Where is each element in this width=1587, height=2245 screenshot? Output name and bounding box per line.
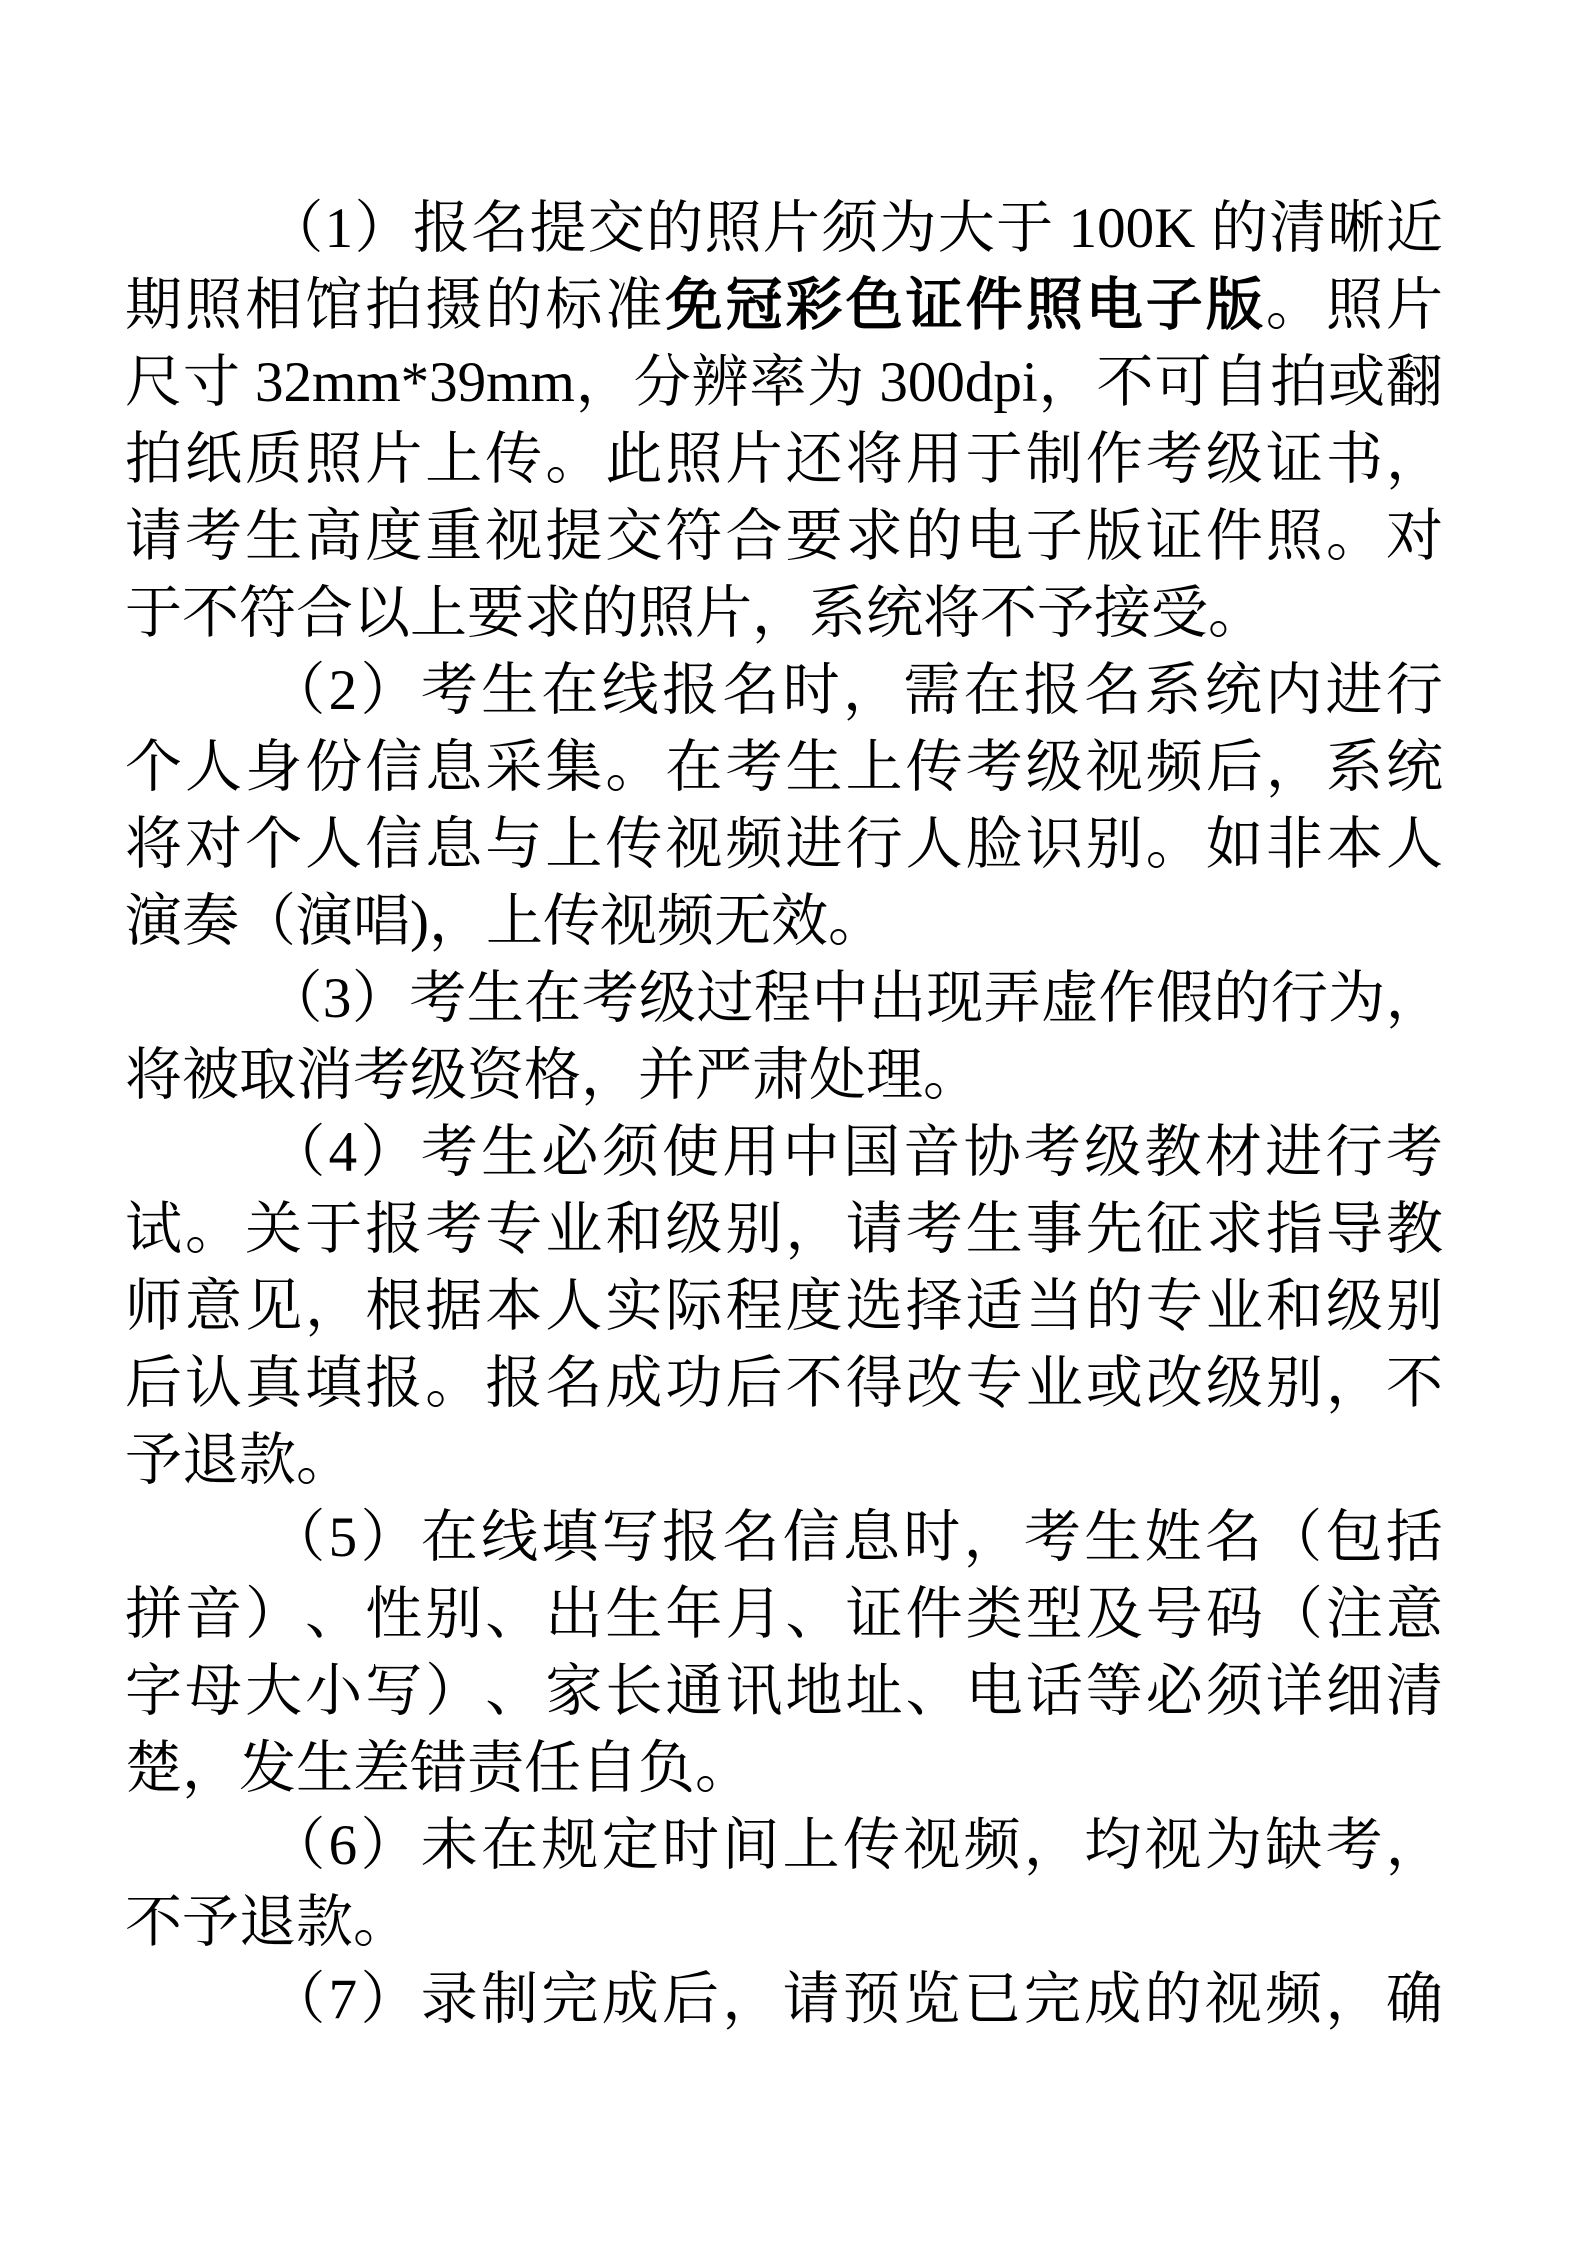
text-token: 片 — [365, 421, 422, 498]
text-token: 对 — [185, 806, 242, 883]
text-token: 书 — [1326, 421, 1383, 498]
text-token: （ — [265, 960, 322, 1037]
text-token: 业 — [1026, 1345, 1083, 1422]
text-line: （4）考生必须使用中国音协考级教材进行考 — [125, 1114, 1443, 1191]
text-token: 片 — [1386, 267, 1443, 344]
text-token: 得 — [846, 1345, 903, 1422]
bold-text-token: 照 — [1026, 267, 1083, 344]
text-token: （ — [268, 1807, 325, 1884]
text-token: 清 — [1269, 190, 1326, 267]
text-segment: 不予退款。 — [125, 1891, 410, 1954]
text-line: 于不符合以上要求的照片，系统将不予接受。 — [125, 575, 1443, 652]
text-token: 人 — [305, 806, 362, 883]
bold-text-token: 彩 — [786, 267, 843, 344]
text-token: 准 — [605, 267, 662, 344]
text-line: （1）报名提交的照片须为大于 100K 的清晰近 — [125, 190, 1443, 267]
paragraph-indent — [125, 1016, 265, 1017]
text-token: 本 — [485, 1268, 542, 1345]
text-token: 别 — [1386, 1268, 1443, 1345]
text-token: 不 — [1096, 344, 1153, 421]
text-token: 符 — [665, 498, 722, 575]
text-token: 改 — [1146, 1345, 1203, 1422]
text-token: 2 — [329, 652, 358, 729]
text-token: 功 — [665, 1345, 722, 1422]
text-token: 息 — [843, 1499, 900, 1576]
text-segment: 楚，发生差错责任自负。 — [125, 1737, 752, 1800]
text-token: 证 — [1266, 421, 1323, 498]
text-token: 、 — [485, 1576, 542, 1653]
text-token: 清 — [1386, 1653, 1443, 1730]
text-token: 集 — [545, 729, 602, 806]
text-token: 择 — [906, 1268, 963, 1345]
text-token: 适 — [966, 1268, 1023, 1345]
text-token: 别 — [725, 1191, 782, 1268]
text-token: 报 — [365, 1191, 422, 1268]
text-token: 与 — [485, 806, 542, 883]
text-token: 姓 — [1145, 1499, 1202, 1576]
text-token: 系 — [1326, 729, 1383, 806]
text-token: 照 — [665, 421, 722, 498]
text-line: 拼音）、性别、出生年月、证件类型及号码（注意 — [125, 1576, 1443, 1653]
text-token: ， — [576, 344, 633, 421]
text-token: 标 — [545, 267, 602, 344]
text-token: 为 — [1328, 960, 1385, 1037]
text-token: 信 — [365, 729, 422, 806]
text-token: 频 — [964, 1807, 1021, 1884]
text-token: 、 — [786, 1576, 843, 1653]
text-token: 时 — [903, 1499, 960, 1576]
text-token: ， — [786, 1191, 843, 1268]
text-token: ） — [425, 1653, 482, 1730]
text-token: 详 — [1266, 1653, 1323, 1730]
text-token: 考 — [409, 960, 466, 1037]
text-token: 6 — [329, 1807, 358, 1884]
text-token: 成 — [602, 1961, 659, 2038]
text-token: 请 — [846, 1191, 903, 1268]
text-token: 指 — [1266, 1191, 1323, 1268]
text-token: 交 — [588, 190, 645, 267]
text-token: 见 — [245, 1268, 302, 1345]
text-token: 考 — [1024, 1114, 1081, 1191]
text-token: 和 — [1266, 1268, 1323, 1345]
text-token: 的 — [1145, 1961, 1202, 2038]
text-token: 对 — [1386, 498, 1443, 575]
text-token: 考 — [906, 1191, 963, 1268]
text-token: ， — [1325, 1961, 1382, 2038]
text-token: 业 — [1206, 1268, 1263, 1345]
text-token: （ — [1266, 1576, 1323, 1653]
text-token: 时 — [783, 652, 840, 729]
text-token: 考 — [421, 652, 478, 729]
text-token: 中 — [783, 1114, 840, 1191]
text-token: 进 — [1265, 1114, 1322, 1191]
text-token: 系 — [1145, 652, 1202, 729]
text-token: 电 — [966, 498, 1023, 575]
text-token: 人 — [1386, 806, 1443, 883]
text-token: 版 — [1086, 498, 1143, 575]
text-token: 。 — [545, 421, 602, 498]
text-token: 相 — [245, 267, 302, 344]
text-token: 息 — [425, 729, 482, 806]
text-token: 通 — [665, 1653, 722, 1730]
text-token: 拍 — [365, 267, 422, 344]
text-line: 拍纸质照片上传。此照片还将用于制作考级证书， — [125, 421, 1443, 498]
text-token: 。 — [1146, 806, 1203, 883]
text-token: 近 — [1386, 190, 1443, 267]
text-token: 意 — [185, 1268, 242, 1345]
text-token: 当 — [1026, 1268, 1083, 1345]
text-token: 报 — [662, 1499, 719, 1576]
text-token: 考 — [1325, 1807, 1382, 1884]
text-token: 或 — [1328, 344, 1385, 421]
text-token: 传 — [485, 421, 542, 498]
text-token: 生 — [966, 1191, 1023, 1268]
text-token: 信 — [783, 1499, 840, 1576]
text-token: 片 — [725, 421, 782, 498]
text-token: 完 — [541, 1961, 598, 2038]
text-token: 业 — [545, 1191, 602, 1268]
paragraph-indent — [125, 708, 265, 709]
text-token: 程 — [754, 960, 811, 1037]
text-token: 统 — [1205, 652, 1262, 729]
text-token: 视 — [903, 1807, 960, 1884]
text-token: 的 — [1086, 1268, 1143, 1345]
text-token: ） — [354, 190, 411, 267]
text-token: ， — [964, 1499, 1021, 1576]
text-token: 作 — [1099, 960, 1156, 1037]
text-token: 大 — [938, 190, 995, 267]
text-token: 脸 — [966, 806, 1023, 883]
text-token: 写 — [602, 1499, 659, 1576]
text-token: 翻 — [1386, 344, 1443, 421]
text-token: 用 — [722, 1114, 779, 1191]
text-token: 辨 — [691, 344, 748, 421]
text-token: 生 — [605, 1576, 662, 1653]
text-token: 字 — [125, 1653, 182, 1730]
text-token: 拍 — [125, 421, 182, 498]
text-token: 于 — [996, 190, 1053, 267]
text-token: （ — [268, 1961, 325, 2038]
text-token: 型 — [1026, 1576, 1083, 1653]
text-token: （ — [268, 652, 325, 729]
text-token: 包 — [1325, 1499, 1382, 1576]
text-token: 级 — [1084, 1114, 1141, 1191]
text-token: 别 — [1086, 806, 1143, 883]
text-token: 个 — [245, 806, 302, 883]
text-token: 弄 — [984, 960, 1041, 1037]
text-token: 行 — [1271, 960, 1328, 1037]
text-token: 重 — [425, 498, 482, 575]
text-line: 试。关于报考专业和级别，请考生事先征求指导教 — [125, 1191, 1443, 1268]
text-token: 分 — [634, 344, 691, 421]
text-token: 注 — [1326, 1576, 1383, 1653]
text-token: 名 — [722, 1499, 779, 1576]
text-token: 写 — [365, 1653, 422, 1730]
text-token: 讯 — [725, 1653, 782, 1730]
text-token: 提 — [545, 498, 602, 575]
text-token: 址 — [846, 1653, 903, 1730]
text-line: 不予退款。 — [125, 1884, 1443, 1961]
text-token: 级 — [639, 960, 696, 1037]
text-token: 、 — [485, 1653, 542, 1730]
text-token: 国 — [843, 1114, 900, 1191]
text-token: 寸 — [183, 344, 240, 421]
text-line: （3）考生在考级过程中出现弄虚作假的行为， — [125, 960, 1443, 1037]
text-token: 的 — [1213, 960, 1270, 1037]
document-body: （1）报名提交的照片须为大于 100K 的清晰近期照相馆拍摄的标准免冠彩色证件照… — [125, 190, 1443, 2038]
text-line: （6）未在规定时间上传视频，均视为缺考， — [125, 1807, 1443, 1884]
text-token: 频 — [1265, 1961, 1322, 2038]
text-token: 中 — [811, 960, 868, 1037]
text-token: ， — [1024, 1807, 1081, 1884]
text-token: 考 — [1146, 421, 1203, 498]
text-token: 300dpi — [865, 344, 1038, 421]
paragraph-indent — [125, 2017, 265, 2018]
text-token: 假 — [1156, 960, 1213, 1037]
bold-text-token: 证 — [906, 267, 963, 344]
text-token: 视 — [665, 806, 722, 883]
text-token: 生 — [481, 652, 538, 729]
text-token: 考 — [1024, 1499, 1081, 1576]
text-token: ， — [1386, 421, 1443, 498]
text-token: 视 — [1145, 1807, 1202, 1884]
text-token: 视 — [1086, 729, 1143, 806]
text-token: 于 — [305, 1191, 362, 1268]
text-token: 关 — [245, 1191, 302, 1268]
text-token: 片 — [763, 190, 820, 267]
text-token: ） — [360, 652, 417, 729]
text-token: 内 — [1265, 652, 1322, 729]
text-token: 3 — [323, 960, 352, 1037]
text-token: 级 — [1206, 421, 1263, 498]
text-token: 识 — [1026, 806, 1083, 883]
text-token: 考 — [421, 1114, 478, 1191]
text-token: 征 — [1146, 1191, 1203, 1268]
text-token: 纸 — [185, 421, 242, 498]
bold-text-token: 免 — [665, 267, 722, 344]
text-token: 份 — [305, 729, 362, 806]
text-token: 月 — [725, 1576, 782, 1653]
text-token: 时 — [662, 1807, 719, 1884]
text-token: 摄 — [425, 267, 482, 344]
text-token: ， — [1326, 1345, 1383, 1422]
text-token: 。 — [605, 729, 662, 806]
text-token: 必 — [541, 1114, 598, 1191]
text-token: 级 — [1326, 1268, 1383, 1345]
text-token: 度 — [786, 1268, 843, 1345]
text-token: 必 — [1146, 1653, 1203, 1730]
document-page: （1）报名提交的照片须为大于 100K 的清晰近期照相馆拍摄的标准免冠彩色证件照… — [0, 0, 1587, 2245]
text-token: ） — [352, 960, 409, 1037]
text-token: 不 — [786, 1345, 843, 1422]
text-line: 演奏（演唱)，上传视频无效。 — [125, 883, 1443, 960]
text-token: 根 — [365, 1268, 422, 1345]
text-token: 求 — [846, 498, 903, 575]
text-token: 确 — [1386, 1961, 1443, 2038]
text-token: 大 — [245, 1653, 302, 1730]
text-token: 生 — [786, 729, 843, 806]
text-token: 行 — [1386, 652, 1443, 729]
text-token: 实 — [605, 1268, 662, 1345]
text-token: 拼 — [125, 1576, 182, 1653]
text-token: 教 — [1145, 1114, 1202, 1191]
text-token: ， — [305, 1268, 362, 1345]
text-line: 予退款。 — [125, 1422, 1443, 1499]
text-token: 音 — [903, 1114, 960, 1191]
text-token: 电 — [966, 1653, 1023, 1730]
text-token: 人 — [545, 1268, 602, 1345]
text-token: 真 — [245, 1345, 302, 1422]
paragraph-indent — [125, 1170, 265, 1171]
text-token: 不 — [1386, 1345, 1443, 1422]
text-token: 尺 — [125, 344, 182, 421]
text-token: ， — [1386, 1807, 1443, 1884]
text-token: 制 — [1026, 421, 1083, 498]
text-token: 的 — [485, 267, 542, 344]
text-token: 传 — [605, 806, 662, 883]
text-token: 采 — [485, 729, 542, 806]
text-token: 话 — [1026, 1653, 1083, 1730]
text-token: 考 — [582, 960, 639, 1037]
paragraph-indent — [125, 1863, 265, 1864]
bold-text-token: 件 — [966, 267, 1023, 344]
text-token: 子 — [1026, 498, 1083, 575]
paragraph-indent — [125, 1555, 265, 1556]
text-token: 的 — [646, 190, 703, 267]
text-token: 生 — [481, 1114, 538, 1191]
text-token: 行 — [846, 806, 903, 883]
text-token: 使 — [662, 1114, 719, 1191]
text-token: 别 — [425, 1576, 482, 1653]
text-token: 照 — [704, 190, 761, 267]
text-token: 现 — [926, 960, 983, 1037]
text-token: （ — [268, 1114, 325, 1191]
text-token: 证 — [846, 1576, 903, 1653]
text-token: 和 — [605, 1191, 662, 1268]
text-token: 率 — [749, 344, 806, 421]
text-token: 请 — [125, 498, 182, 575]
text-token: 级 — [665, 1191, 722, 1268]
text-token: 名 — [722, 652, 779, 729]
text-token: 频 — [725, 806, 782, 883]
text-token: 请 — [783, 1961, 840, 2038]
text-token: 传 — [906, 729, 963, 806]
text-line: 个人身份信息采集。在考生上传考级视频后，系统 — [125, 729, 1443, 806]
text-token: 将 — [125, 806, 182, 883]
text-token: 考 — [185, 498, 242, 575]
text-token: 期 — [125, 267, 182, 344]
text-token: 在 — [665, 729, 722, 806]
text-token: 细 — [1326, 1653, 1383, 1730]
text-token: 后 — [125, 1345, 182, 1422]
text-token: 试 — [125, 1191, 182, 1268]
text-token: 为 — [879, 190, 936, 267]
text-token: 览 — [903, 1961, 960, 2038]
text-line: （5）在线填写报名信息时，考生姓名（包括 — [125, 1499, 1443, 1576]
text-token: 求 — [1206, 1191, 1263, 1268]
text-token: 家 — [545, 1653, 602, 1730]
text-token: 地 — [786, 1653, 843, 1730]
text-token: 合 — [725, 498, 782, 575]
text-token: 及 — [1086, 1576, 1143, 1653]
text-token: （ — [1265, 1499, 1322, 1576]
text-token: 材 — [1205, 1114, 1262, 1191]
bold-text-token: 电 — [1086, 267, 1143, 344]
text-token: 程 — [725, 1268, 782, 1345]
text-token: 师 — [125, 1268, 182, 1345]
text-line: 字母大小写）、家长通讯地址、电话等必须详细清 — [125, 1653, 1443, 1730]
text-token: 上 — [545, 806, 602, 883]
text-token: 过 — [696, 960, 753, 1037]
text-token: 7 — [329, 1961, 358, 2038]
text-token: ， — [1386, 960, 1443, 1037]
text-token: 年 — [665, 1576, 722, 1653]
text-line: 将对个人信息与上传视频进行人脸识别。如非本人 — [125, 806, 1443, 883]
text-segment: 将被取消考级资格，并严肃处理。 — [125, 1044, 980, 1107]
text-token: 。 — [185, 1191, 242, 1268]
text-token: 将 — [846, 421, 903, 498]
text-token: ） — [360, 1114, 417, 1191]
text-token: 等 — [1086, 1653, 1143, 1730]
text-token: 据 — [425, 1268, 482, 1345]
text-token: 提 — [529, 190, 586, 267]
text-segment: 于不符合以上要求的照片，系统将不予接受。 — [125, 582, 1265, 645]
text-token: 信 — [365, 806, 422, 883]
text-token: （ — [266, 190, 323, 267]
text-token: 定 — [602, 1807, 659, 1884]
text-line: 将被取消考级资格，并严肃处理。 — [125, 1037, 1443, 1114]
text-token: 拍 — [1270, 344, 1327, 421]
text-token: 线 — [481, 1499, 538, 1576]
text-line: 后认真填报。报名成功后不得改专业或改级别，不 — [125, 1345, 1443, 1422]
bold-text-token: 色 — [846, 267, 903, 344]
bold-text-token: 子 — [1146, 267, 1203, 344]
text-token: 。 — [1266, 267, 1323, 344]
text-token: 频 — [1146, 729, 1203, 806]
text-token: 度 — [365, 498, 422, 575]
text-token: 。 — [425, 1345, 482, 1422]
text-token: 在 — [964, 652, 1021, 729]
text-token: 此 — [605, 421, 662, 498]
text-token: 、 — [906, 1653, 963, 1730]
text-token: 报 — [365, 1345, 422, 1422]
text-token: 须 — [602, 1114, 659, 1191]
text-token: 后 — [662, 1961, 719, 2038]
text-token: 未 — [421, 1807, 478, 1884]
text-token: 意 — [1386, 1576, 1443, 1653]
text-token: 用 — [906, 421, 963, 498]
bold-text-token: 版 — [1206, 267, 1263, 344]
text-token: 填 — [305, 1345, 362, 1422]
text-token: 非 — [1266, 806, 1323, 883]
text-token: 在 — [541, 652, 598, 729]
text-token: 报 — [1024, 652, 1081, 729]
text-token: 在 — [524, 960, 581, 1037]
text-token: 行 — [1325, 1114, 1382, 1191]
text-token: 可 — [1154, 344, 1211, 421]
text-token: 息 — [425, 806, 482, 883]
text-token: 为 — [1205, 1807, 1262, 1884]
text-token: 照 — [1266, 498, 1323, 575]
text-token: 已 — [964, 1961, 1021, 2038]
text-token: 际 — [665, 1268, 722, 1345]
bold-text-token: 冠 — [725, 267, 782, 344]
text-token: 还 — [786, 421, 843, 498]
text-token: 类 — [966, 1576, 1023, 1653]
text-token: 上 — [783, 1807, 840, 1884]
text-token: 晰 — [1328, 190, 1385, 267]
text-token: 报 — [662, 652, 719, 729]
